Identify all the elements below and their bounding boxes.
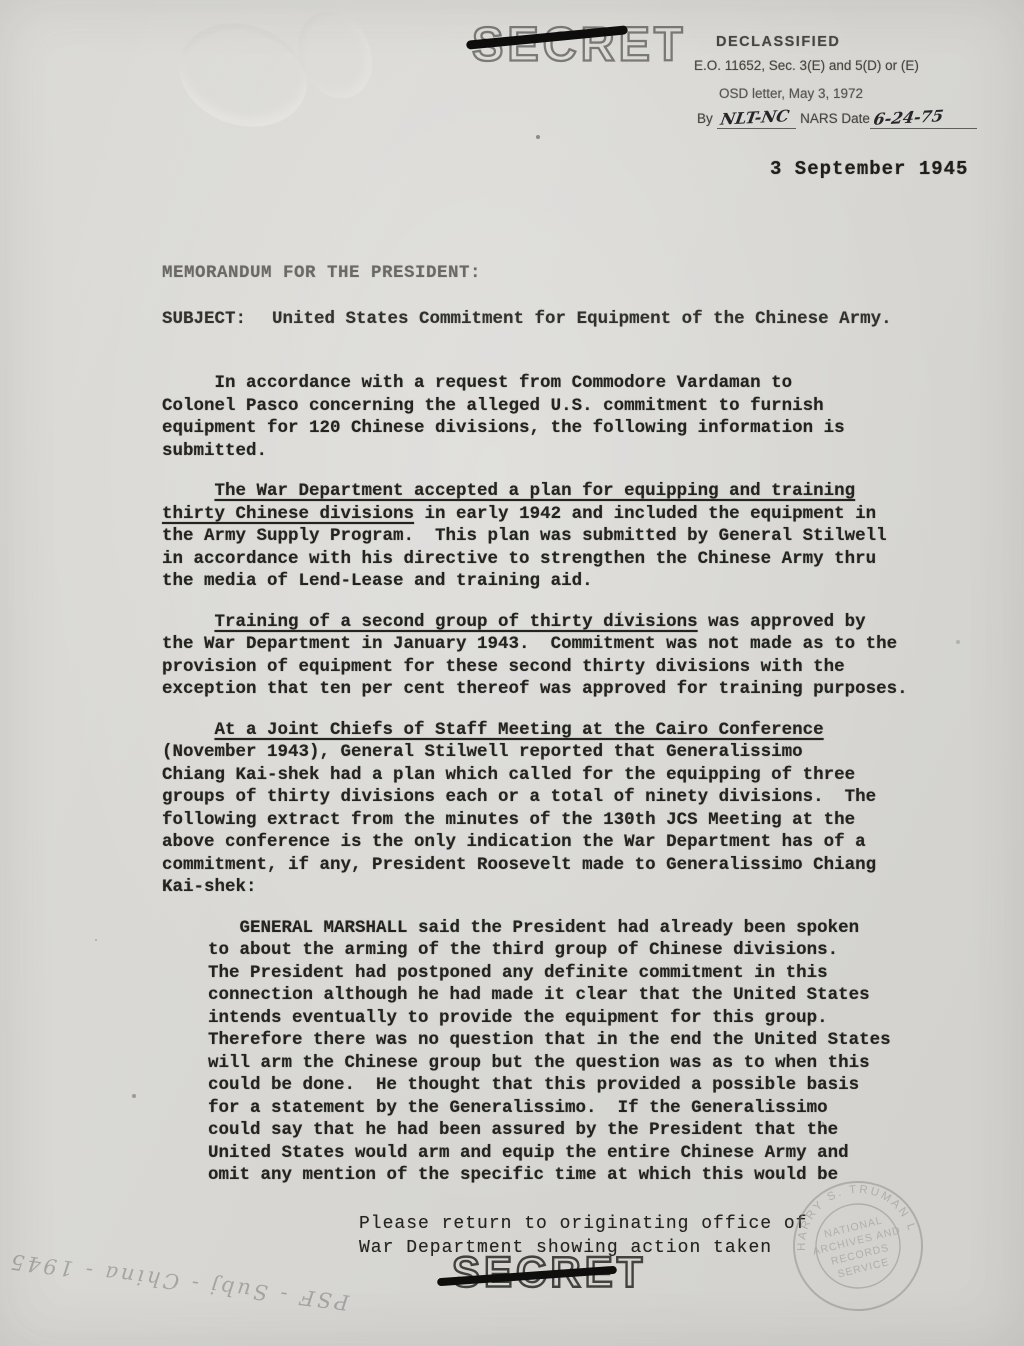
text-line: Therefore there was no question that in …	[208, 1029, 942, 1052]
text-line: Chiang Kai-shek had a plan which called …	[162, 764, 942, 787]
subject-text: United States Commitment for Equipment o…	[272, 309, 892, 329]
text-line: thirty Chinese divisions in early 1942 a…	[162, 503, 942, 526]
text-line: to about the arming of the third group o…	[208, 939, 942, 962]
declassified-stamp-title: DECLASSIFIED	[716, 34, 840, 50]
text-line: Kai-shek:	[162, 876, 942, 899]
memo-body: In accordance with a request from Commod…	[162, 372, 942, 1205]
nars-date-label: NARS Date	[800, 111, 870, 126]
text-line: Training of a second group of thirty div…	[162, 611, 942, 634]
subject-line: SUBJECT:United States Commitment for Equ…	[162, 308, 892, 331]
body-paragraph: In accordance with a request from Commod…	[162, 372, 942, 462]
text-line: following extract from the minutes of th…	[162, 809, 942, 832]
text-line: GENERAL MARSHALL said the President had …	[208, 917, 942, 940]
text-line: groups of thirty divisions each or a tot…	[162, 786, 942, 809]
text-line: Colonel Pasco concerning the alleged U.S…	[162, 395, 942, 418]
paper-crease	[166, 7, 321, 142]
text-line: could be done. He thought that this prov…	[208, 1074, 942, 1097]
paper-crease	[284, 0, 385, 111]
subject-label: SUBJECT:	[162, 309, 246, 329]
text-line: commitment, if any, President Roosevelt …	[162, 854, 942, 877]
text-line: the Army Supply Program. This plan was s…	[162, 525, 942, 548]
footer-line: Please return to originating office of	[359, 1212, 807, 1236]
document-page: SECRET DECLASSIFIED E.O. 11652, Sec. 3(E…	[0, 0, 1024, 1346]
text-line: In accordance with a request from Commod…	[162, 372, 942, 395]
text-line: provision of equipment for these second …	[162, 656, 942, 679]
text-line: in accordance with his directive to stre…	[162, 548, 942, 571]
text-line: could say that he had been assured by th…	[208, 1119, 942, 1142]
text-line: will arm the Chinese group but the quest…	[208, 1052, 942, 1075]
blockquote-paragraph: GENERAL MARSHALL said the President had …	[208, 917, 942, 1187]
by-signature-handwritten: NLT-NC	[717, 108, 797, 129]
text-line: intends eventually to provide the equipm…	[208, 1007, 942, 1030]
text-line: United States would arm and equip the en…	[208, 1142, 942, 1165]
declassified-osd-line: OSD letter, May 3, 1972	[719, 86, 863, 101]
text-line: exception that ten per cent thereof was …	[162, 678, 942, 701]
text-line: the media of Lend-Lease and training aid…	[162, 570, 942, 593]
declassified-eo-line: E.O. 11652, Sec. 3(E) and 5(D) or (E)	[694, 58, 919, 73]
paper-specks	[0, 0, 2, 2]
document-date: 3 September 1945	[770, 158, 968, 180]
declassified-by-line: By NLT-NC NARS Date6-24-75	[697, 108, 977, 129]
text-line: connection although he had made it clear…	[208, 984, 942, 1007]
text-line: equipment for 120 Chinese divisions, the…	[162, 417, 942, 440]
text-line: (November 1943), General Stilwell report…	[162, 741, 942, 764]
body-paragraph: At a Joint Chiefs of Staff Meeting at th…	[162, 719, 942, 899]
pencil-annotation: PSF - Subj - China - 1945	[10, 1249, 350, 1314]
text-line: The War Department accepted a plan for e…	[162, 480, 942, 503]
by-label: By	[697, 111, 713, 126]
body-paragraph: Training of a second group of thirty div…	[162, 611, 942, 701]
text-line: At a Joint Chiefs of Staff Meeting at th…	[162, 719, 942, 742]
nars-date-handwritten: 6-24-75	[870, 108, 977, 129]
body-paragraph: The War Department accepted a plan for e…	[162, 480, 942, 593]
text-line: The President had postponed any definite…	[208, 962, 942, 985]
text-line: the War Department in January 1943. Comm…	[162, 633, 942, 656]
memo-heading: MEMORANDUM FOR THE PRESIDENT:	[162, 262, 481, 285]
text-line: submitted.	[162, 440, 942, 463]
text-line: above conference is the only indication …	[162, 831, 942, 854]
text-line: for a statement by the Generalissimo. If…	[208, 1097, 942, 1120]
